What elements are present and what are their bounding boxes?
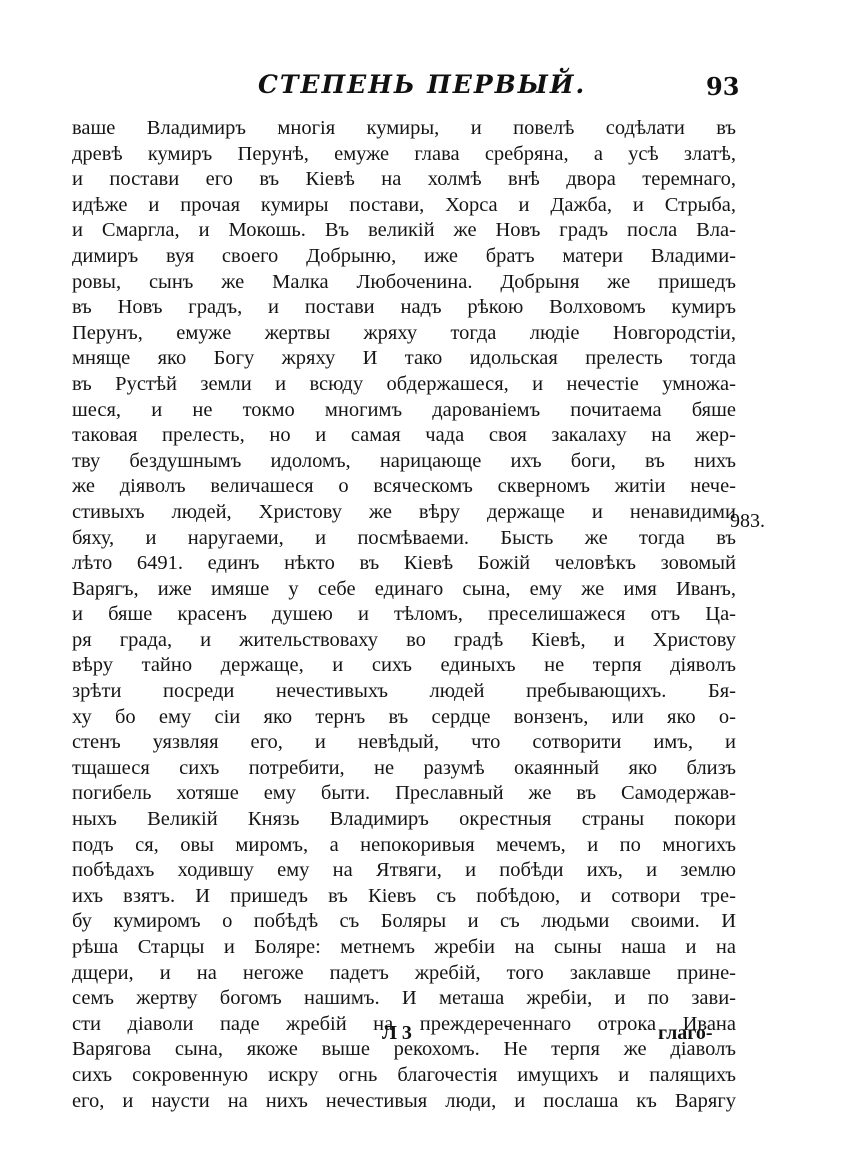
text-line: его, и наусти на нихъ нечестивыя люди, и… bbox=[72, 1089, 736, 1115]
text-line: ря града, и жительствоваху во градѣ Кіев… bbox=[72, 628, 736, 654]
text-line: бяху, и наругаеми, и посмѣваеми. Бысть ж… bbox=[72, 526, 736, 552]
text-line: ху бо ему сіи яко тернъ въ сердце вонзен… bbox=[72, 705, 736, 731]
book-page: СТЕПЕНЬ ПЕРВЫЙ. 93 ваше Владимиръ многія… bbox=[0, 0, 854, 1150]
text-line: рѣша Старцы и Боляре: метнемъ жребіи на … bbox=[72, 935, 736, 961]
text-line: бу кумиромъ о побѣдѣ съ Боляры и съ людь… bbox=[72, 909, 736, 935]
text-line: сихъ сокровенную искру огнь благочестія … bbox=[72, 1063, 736, 1089]
page-number: 93 bbox=[706, 72, 739, 101]
signature-mark: Л 3 bbox=[382, 1022, 412, 1045]
margin-year-note: 983. bbox=[730, 510, 765, 533]
text-line: и постави его въ Кіевѣ на холмѣ внѣ двор… bbox=[72, 167, 736, 193]
text-line: и Смаргла, и Мокошь. Въ великій же Новъ … bbox=[72, 218, 736, 244]
text-line: Варягъ, иже имяше у себе единаго сына, е… bbox=[72, 577, 736, 603]
catchword: глаго- bbox=[658, 1022, 713, 1045]
text-line: погибель хотяше ему быти. Преславный же … bbox=[72, 781, 736, 807]
text-line: Перунъ, емуже жертвы жряху тогда людіе Н… bbox=[72, 321, 736, 347]
running-head-title: СТЕПЕНЬ ПЕРВЫЙ. bbox=[258, 70, 586, 99]
text-line: семъ жертву богомъ нашимъ. И меташа жреб… bbox=[72, 986, 736, 1012]
text-line: стенъ уязвляя его, и невѣдый, что сотвор… bbox=[72, 730, 736, 756]
text-line: же діяволъ величашеся о всяческомъ сквер… bbox=[72, 474, 736, 500]
page-footer: Л 3 глаго- bbox=[0, 1022, 854, 1052]
text-line: подъ ся, овы миромъ, а непокоривыя мечем… bbox=[72, 833, 736, 859]
text-line: ныхъ Великій Князь Владимиръ окрестныя с… bbox=[72, 807, 736, 833]
text-line: побѣдахъ ходившу ему на Ятвяги, и побѣди… bbox=[72, 858, 736, 884]
text-line: въ Новъ градъ, и постави надъ рѣкою Волх… bbox=[72, 295, 736, 321]
text-line: ровы, сынъ же Малка Любоченина. Добрыня … bbox=[72, 270, 736, 296]
text-line: мняще яко Богу жряху И тако идольская пр… bbox=[72, 346, 736, 372]
text-line: тщашеся сихъ потребити, не разумѣ окаянн… bbox=[72, 756, 736, 782]
text-line: вѣру тайно держаще, и сихъ единыхъ не те… bbox=[72, 653, 736, 679]
text-line: шеся, и не токмо многимъ дарованіемъ поч… bbox=[72, 398, 736, 424]
text-line: древѣ кумиръ Перунѣ, емуже глава сребрян… bbox=[72, 142, 736, 168]
text-line: ихъ взятъ. И пришедъ въ Кіевъ съ побѣдою… bbox=[72, 884, 736, 910]
text-line: дщери, и на негоже падетъ жребій, того з… bbox=[72, 961, 736, 987]
text-line: димиръ вуя своего Добрыню, иже братъ мат… bbox=[72, 244, 736, 270]
running-head: СТЕПЕНЬ ПЕРВЫЙ. 93 bbox=[0, 70, 854, 106]
text-line: зрѣти посреди нечестивыхъ людей пребываю… bbox=[72, 679, 736, 705]
text-line: въ Рустѣй земли и всюду обдержашеся, и н… bbox=[72, 372, 736, 398]
text-line: таковая прелесть, но и самая чада своя з… bbox=[72, 423, 736, 449]
text-line: идѣже и прочая кумиры постави, Хорса и Д… bbox=[72, 193, 736, 219]
text-line: ваше Владимиръ многія кумиры, и повелѣ с… bbox=[72, 116, 736, 142]
body-text: ваше Владимиръ многія кумиры, и повелѣ с… bbox=[72, 116, 736, 1114]
text-line: и бяше красенъ душею и тѣломъ, преселиша… bbox=[72, 602, 736, 628]
text-line: стивыхъ людей, Христову же вѣру держаще … bbox=[72, 500, 736, 526]
text-line: тву бездушнымъ идоломъ, нарицающе ихъ бо… bbox=[72, 449, 736, 475]
text-line: лѣто 6491. единъ нѣкто въ Кіевѣ Божій че… bbox=[72, 551, 736, 577]
